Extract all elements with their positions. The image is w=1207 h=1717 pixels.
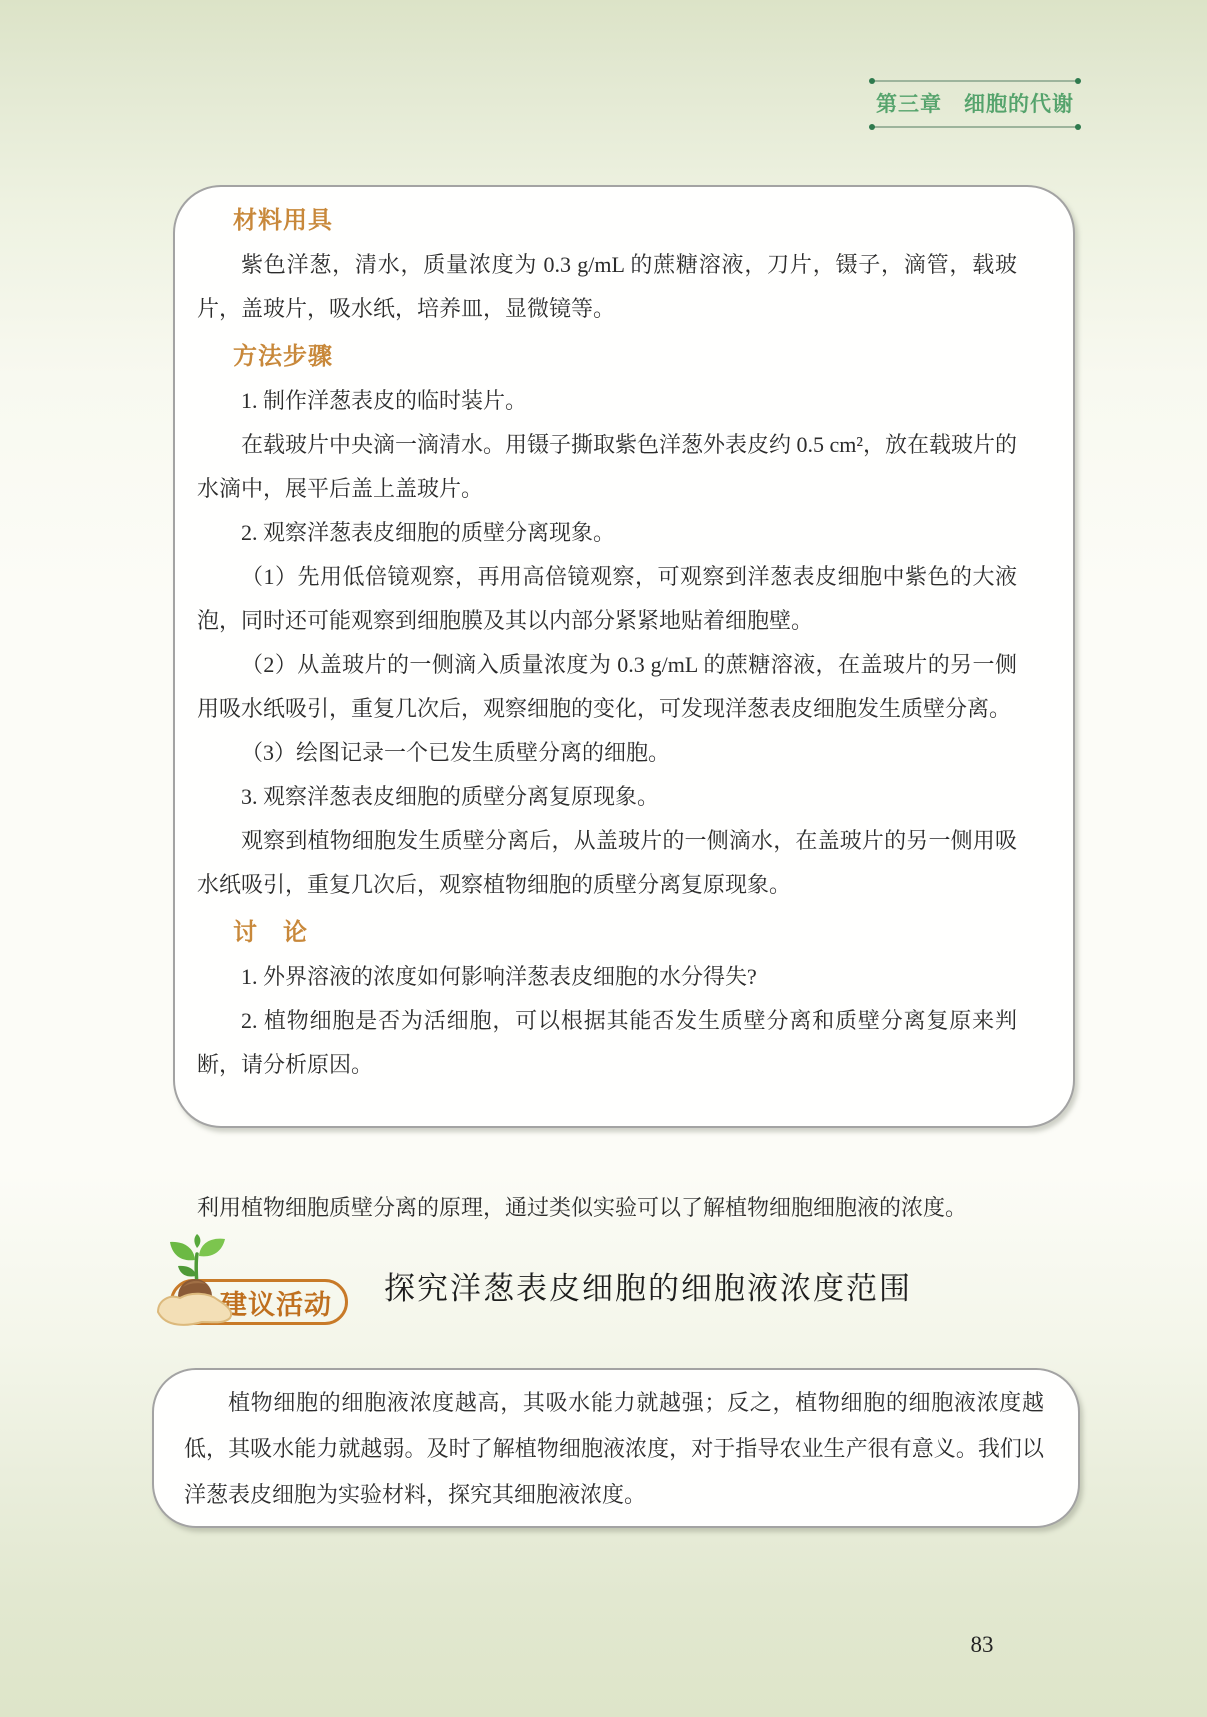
- rule-dot-icon: [869, 124, 875, 130]
- discussion-heading: 讨 论: [233, 915, 1017, 951]
- header-bottom-rule: [871, 126, 1079, 128]
- seedling-in-hand-icon: [150, 1234, 246, 1338]
- procedure-heading: 方法步骤: [233, 339, 1017, 375]
- discussion-question: 1. 外界溶液的浓度如何影响洋葱表皮细胞的水分得失?: [197, 955, 1017, 999]
- procedure-step: 2. 观察洋葱表皮细胞的质壁分离现象。: [197, 511, 1017, 555]
- procedure-step: 1. 制作洋葱表皮的临时装片。: [197, 379, 1017, 423]
- activity-intro-text: 植物细胞的细胞液浓度越高，其吸水能力就越强；反之，植物细胞的细胞液浓度越低，其吸…: [184, 1380, 1044, 1518]
- procedure-step: （1）先用低倍镜观察，再用高倍镜观察，可观察到洋葱表皮细胞中紫色的大液泡，同时还…: [197, 555, 1017, 643]
- materials-heading: 材料用具: [233, 203, 1017, 239]
- chapter-header: 第三章 细胞的代谢: [871, 80, 1079, 128]
- procedure-step: 在载玻片中央滴一滴清水。用镊子撕取紫色洋葱外表皮约 0.5 cm²，放在载玻片的…: [197, 423, 1017, 511]
- activity-title: 探究洋葱表皮细胞的细胞液浓度范围: [384, 1263, 912, 1308]
- rule-dot-icon: [1075, 124, 1081, 130]
- transition-paragraph: 利用植物细胞质壁分离的原理，通过类似实验可以了解植物细胞细胞液的浓度。: [153, 1185, 1055, 1230]
- rule-dot-icon: [869, 78, 875, 84]
- procedure-step: （3）绘图记录一个已发生质壁分离的细胞。: [197, 731, 1017, 775]
- textbook-page: 第三章 细胞的代谢 材料用具 紫色洋葱，清水，质量浓度为 0.3 g/mL 的蔗…: [0, 0, 1207, 1717]
- procedure-step: 3. 观察洋葱表皮细胞的质壁分离复原现象。: [197, 775, 1017, 819]
- experiment-box: 材料用具 紫色洋葱，清水，质量浓度为 0.3 g/mL 的蔗糖溶液，刀片，镊子，…: [173, 185, 1075, 1128]
- procedure-step: （2）从盖玻片的一侧滴入质量浓度为 0.3 g/mL 的蔗糖溶液，在盖玻片的另一…: [197, 643, 1017, 731]
- activity-intro-box: 植物细胞的细胞液浓度越高，其吸水能力就越强；反之，植物细胞的细胞液浓度越低，其吸…: [152, 1368, 1080, 1528]
- procedure-step: 观察到植物细胞发生质壁分离后，从盖玻片的一侧滴水，在盖玻片的另一侧用吸水纸吸引，…: [197, 819, 1017, 907]
- header-top-rule: [871, 80, 1079, 82]
- chapter-title: 第三章 细胞的代谢: [871, 82, 1079, 126]
- rule-dot-icon: [1075, 78, 1081, 84]
- page-number: 83: [958, 1632, 1006, 1658]
- materials-text: 紫色洋葱，清水，质量浓度为 0.3 g/mL 的蔗糖溶液，刀片，镊子，滴管，载玻…: [197, 243, 1017, 331]
- discussion-question: 2. 植物细胞是否为活细胞，可以根据其能否发生质壁分离和质壁分离复原来判断，请分…: [197, 999, 1017, 1087]
